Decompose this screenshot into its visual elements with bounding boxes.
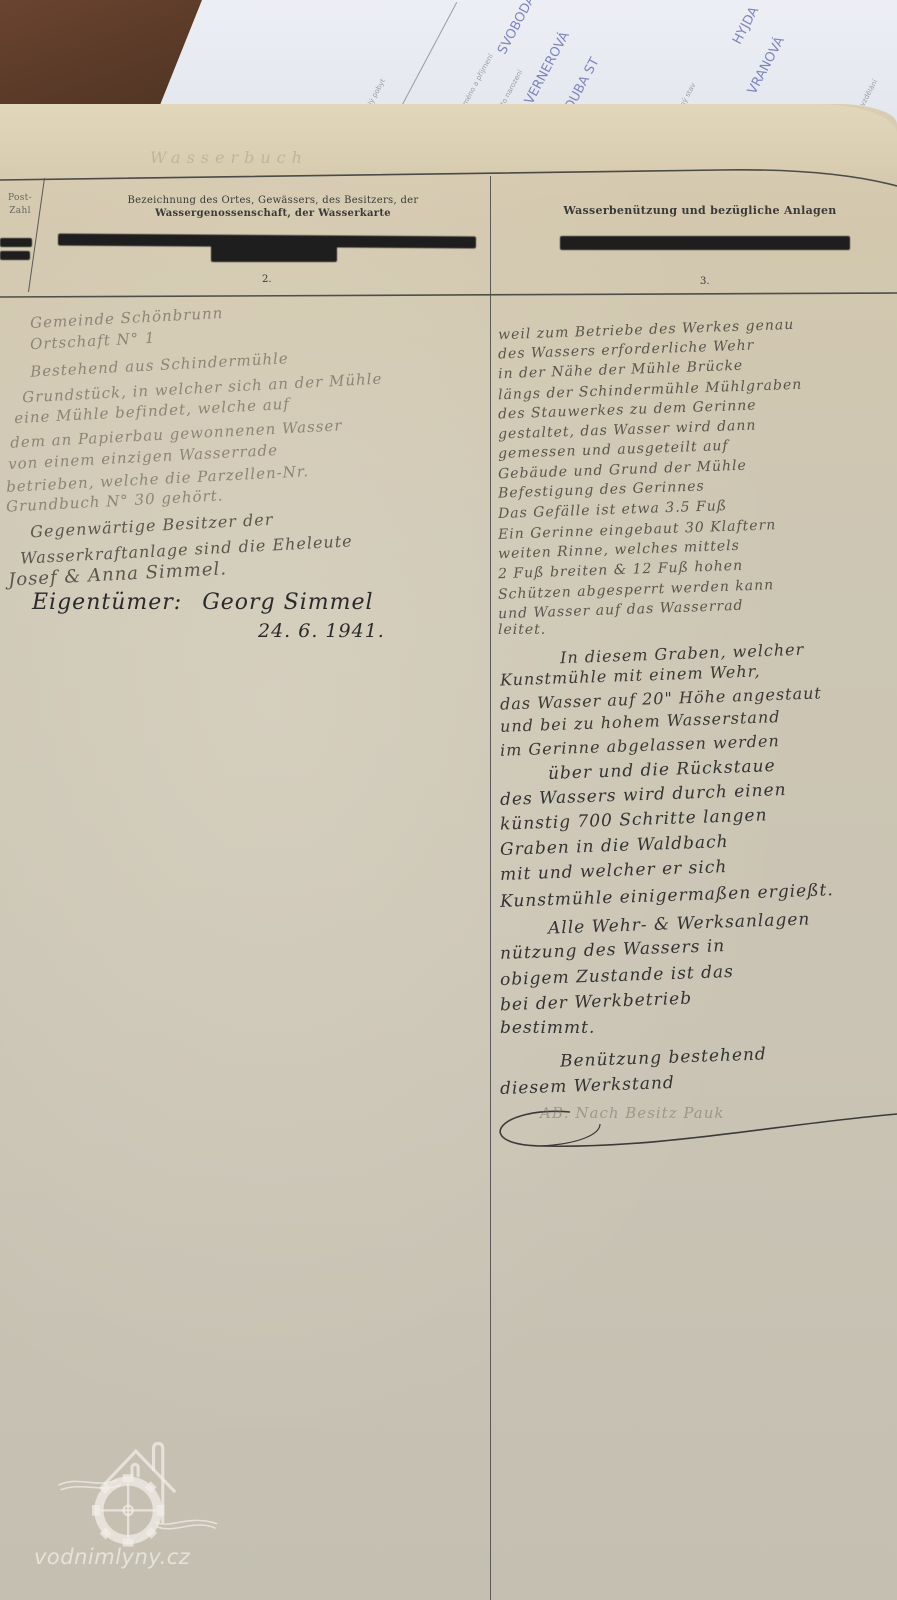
entry-line: über und die Rückstaue xyxy=(548,756,776,784)
pencil-note: AB. Nach Besitz Pauk xyxy=(540,1104,725,1122)
handwritten-field: HYJDA xyxy=(730,4,762,47)
form-printed-label: jméno a příjmení xyxy=(460,53,495,109)
entry-line: bestimmt. xyxy=(500,1018,595,1038)
entry-line: obigem Zustande ist das xyxy=(500,962,734,990)
entry-line: künstig 700 Schritte langen xyxy=(500,805,768,834)
form-rule xyxy=(400,2,457,108)
entry-line: bei der Werkbetrieb xyxy=(500,989,693,1016)
entry-line: Das Gefälle ist etwa 3.5 Fuß xyxy=(498,498,728,522)
handwritten-field: VRANOVÁ xyxy=(745,34,788,97)
entry-line: Kunstmühle mit einem Wehr, xyxy=(500,661,761,689)
entry-line: in der Nähe der Mühle Brücke xyxy=(498,358,744,383)
entry-line: mit und welcher er sich xyxy=(500,857,728,885)
entry-line: leitet. xyxy=(498,622,546,638)
entry-line: Kunstmühle einigermaßen ergießt. xyxy=(500,880,834,912)
handwritten-field: VERNEROVÁ xyxy=(522,29,573,107)
entry-line: In diesem Graben, welcher xyxy=(560,640,805,668)
entry-line: Alle Wehr- & Werksanlagen xyxy=(548,909,811,938)
entry-line: im Gerinne abgelassen werden xyxy=(500,731,780,760)
watermark-text: vodnimlyny.cz xyxy=(34,1545,190,1569)
entry-line: Gebäude und Grund der Mühle xyxy=(498,458,747,483)
handwritten-field: SVOBODA xyxy=(495,0,539,57)
entry-line: gemessen und ausgeteilt auf xyxy=(498,438,729,462)
entry-line: Befestigung des Gerinnes xyxy=(498,478,705,501)
entry-line: Graben in die Waldbach xyxy=(500,832,729,860)
entry-line: Benützung bestehend xyxy=(560,1044,767,1071)
right-column-text: weil zum Betriebe des Werkes genau des W… xyxy=(0,104,897,1600)
entry-line: nützung des Wassers in xyxy=(500,936,726,964)
ledger-page: Wasserbuch Post- Zahl Bezeichnung des Or… xyxy=(0,104,897,1600)
